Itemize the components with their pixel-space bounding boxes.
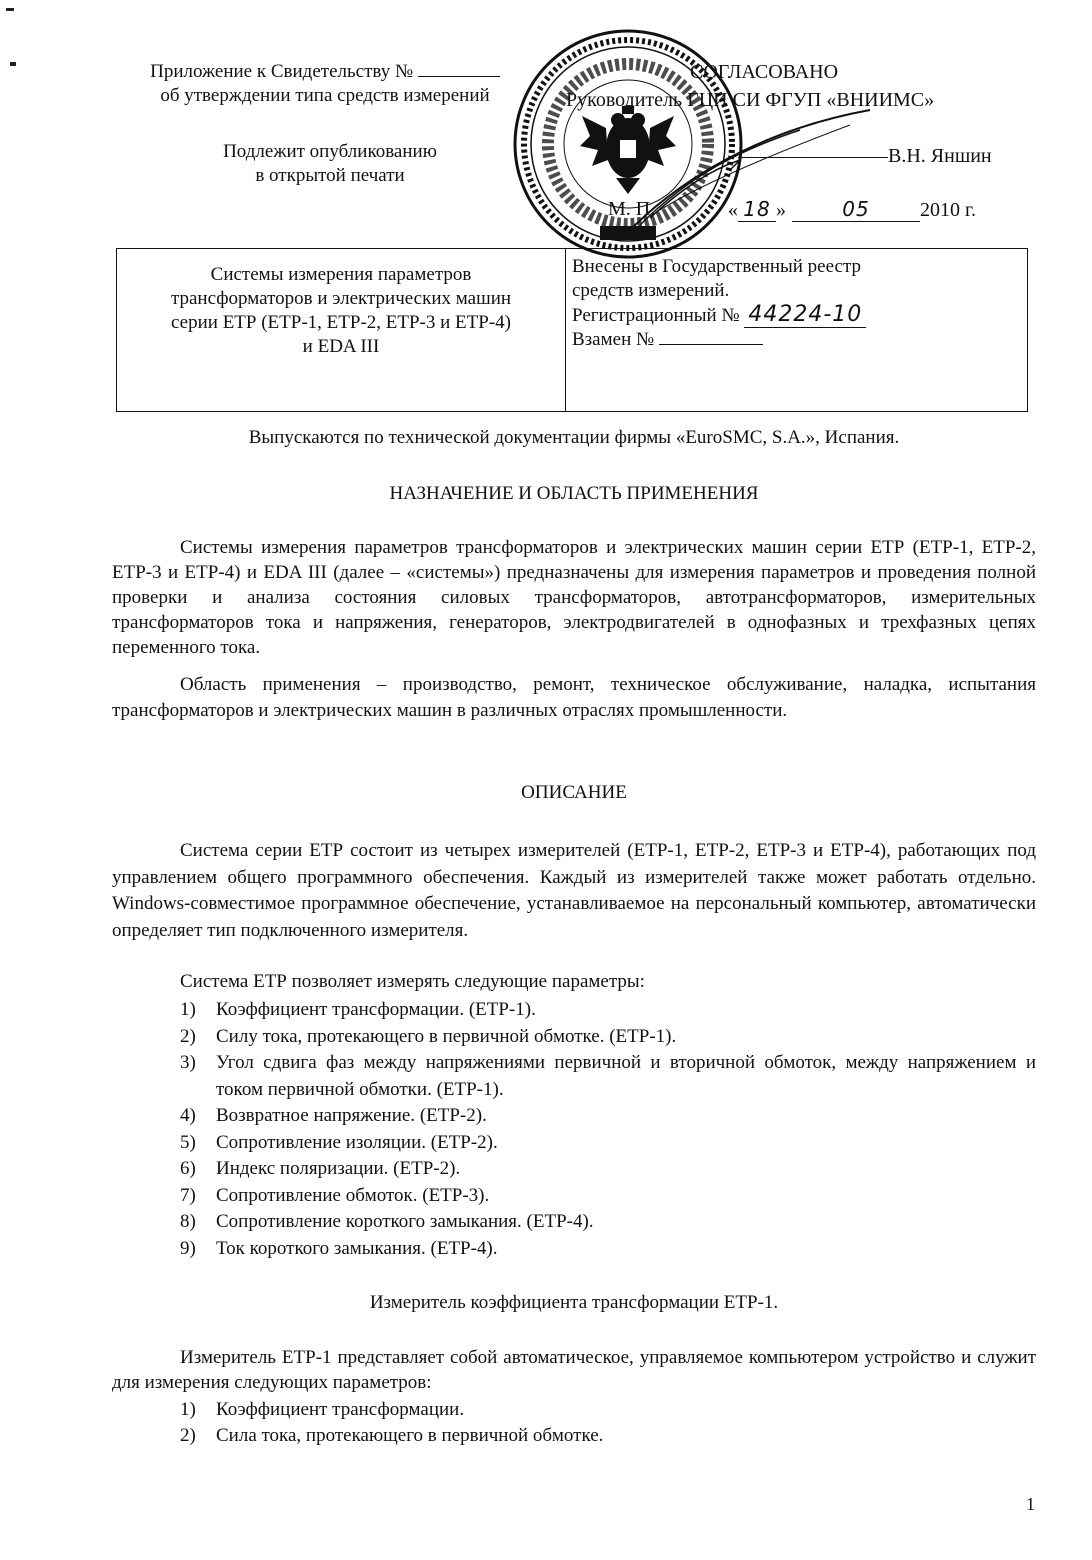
replaces-label: Взамен № (572, 329, 654, 350)
manufacturer-line: Выпускаются по технической документации … (112, 426, 1036, 450)
registration-cell: Внесены в Государственный реестр средств… (566, 249, 1027, 411)
appendix-line-1: Приложение к Свидетельству № (150, 61, 413, 82)
list-item: 8)Сопротивление короткого замыкания. (ЕТ… (180, 1209, 1036, 1236)
purpose-paragraph-2: Область применения – производство, ремон… (112, 672, 1036, 724)
list-item-text: Возвратное напряжение. (ЕТР-2). (216, 1103, 1036, 1130)
etp1-paragraph-1: Измеритель ЕТР-1 представляет собой авто… (112, 1345, 1036, 1395)
list-item: 2)Сила тока, протекающего в первичной об… (180, 1423, 1036, 1449)
list-item-text: Коэффициент трансформации. (ЕТР-1). (216, 997, 1036, 1024)
appendix-line-2: об утверждении типа средств измерений (110, 84, 540, 108)
list-item: 6)Индекс поляризации. (ЕТР-2). (180, 1156, 1036, 1183)
list-item-number: 1) (180, 997, 216, 1024)
signer-name: В.Н. Яншин (888, 144, 992, 168)
list-item-number: 2) (180, 1423, 216, 1449)
scan-artifact (6, 8, 14, 11)
list-item-number: 7) (180, 1183, 216, 1210)
section-heading-description: ОПИСАНИЕ (112, 781, 1036, 805)
list-item-text: Угол сдвига фаз между напряжениями перви… (216, 1050, 1036, 1103)
section-heading-purpose: НАЗНАЧЕНИЕ И ОБЛАСТЬ ПРИМЕНЕНИЯ (112, 482, 1036, 506)
list-item: 2)Силу тока, протекающего в первичной об… (180, 1024, 1036, 1051)
replaces-row: Взамен № (572, 328, 1027, 352)
list-item-text: Ток короткого замыкания. (ЕТР-4). (216, 1236, 1036, 1263)
registry-box: Системы измерения параметров трансформат… (116, 248, 1028, 412)
registry-entered-line-2: средств измерений. (572, 279, 1027, 303)
list-item-number: 5) (180, 1130, 216, 1157)
instrument-title-line: Системы измерения параметров (117, 263, 565, 287)
publication-note: Подлежит опубликованию в открытой печати (170, 140, 490, 188)
list-item: 4)Возвратное напряжение. (ЕТР-2). (180, 1103, 1036, 1130)
section-heading-etp1: Измеритель коэффициента трансформации ЕТ… (112, 1291, 1036, 1315)
description-list-intro: Система ЕТР позволяет измерять следующие… (180, 970, 645, 994)
list-item-number: 8) (180, 1209, 216, 1236)
list-item: 1)Коэффициент трансформации. (ЕТР-1). (180, 997, 1036, 1024)
list-item-number: 9) (180, 1236, 216, 1263)
list-item-text: Сила тока, протекающего в первичной обмо… (216, 1423, 1036, 1449)
list-item: 7)Сопротивление обмоток. (ЕТР-3). (180, 1183, 1036, 1210)
list-item: 1)Коэффициент трансформации. (180, 1397, 1036, 1423)
list-item-number: 1) (180, 1397, 216, 1423)
list-item: 5)Сопротивление изоляции. (ЕТР-2). (180, 1130, 1036, 1157)
publish-line-1: Подлежит опубликованию (170, 140, 490, 164)
etp1-parameters-list: 1)Коэффициент трансформации. 2)Сила тока… (180, 1397, 1036, 1449)
page-number: 1 (1026, 1492, 1035, 1516)
instrument-title-line: и EDA III (117, 335, 565, 359)
list-item-number: 2) (180, 1024, 216, 1051)
instrument-title-line: серии ЕТР (ЕТР-1, ЕТР-2, ЕТР-3 и ЕТР-4) (117, 311, 565, 335)
list-item-text: Коэффициент трансформации. (216, 1397, 1036, 1423)
scan-artifact (10, 62, 16, 66)
replaces-number-blank (659, 328, 763, 345)
list-item-text: Сопротивление изоляции. (ЕТР-2). (216, 1130, 1036, 1157)
parameters-list: 1)Коэффициент трансформации. (ЕТР-1). 2)… (180, 997, 1036, 1262)
list-item-text: Силу тока, протекающего в первичной обмо… (216, 1024, 1036, 1051)
list-item: 3)Угол сдвига фаз между напряжениями пер… (180, 1050, 1036, 1103)
list-item-text: Индекс поляризации. (ЕТР-2). (216, 1156, 1036, 1183)
date-year: 2010 г. (920, 199, 976, 221)
signature-icon (620, 100, 880, 240)
description-paragraph-1: Система серии ЕТР состоит из четырех изм… (112, 838, 1036, 944)
list-item-number: 6) (180, 1156, 216, 1183)
publish-line-2: в открытой печати (170, 164, 490, 188)
list-item-number: 3) (180, 1050, 216, 1103)
registration-number-row: Регистрационный № 44224-10 (572, 303, 1027, 328)
instrument-title-cell: Системы измерения параметров трансформат… (117, 249, 566, 411)
list-item-number: 4) (180, 1103, 216, 1130)
appendix-reference: Приложение к Свидетельству № об утвержде… (110, 60, 540, 108)
list-item: 9)Ток короткого замыкания. (ЕТР-4). (180, 1236, 1036, 1263)
purpose-paragraph-1: Системы измерения параметров трансформат… (112, 535, 1036, 660)
registration-number: 44224-10 (744, 302, 866, 328)
list-item-text: Сопротивление короткого замыкания. (ЕТР-… (216, 1209, 1036, 1236)
list-item-text: Сопротивление обмоток. (ЕТР-3). (216, 1183, 1036, 1210)
instrument-title-line: трансформаторов и электрических машин (117, 287, 565, 311)
registry-entered-line-1: Внесены в Государственный реестр (572, 255, 1027, 279)
registration-label: Регистрационный № (572, 305, 740, 326)
certificate-number-blank (418, 60, 500, 77)
